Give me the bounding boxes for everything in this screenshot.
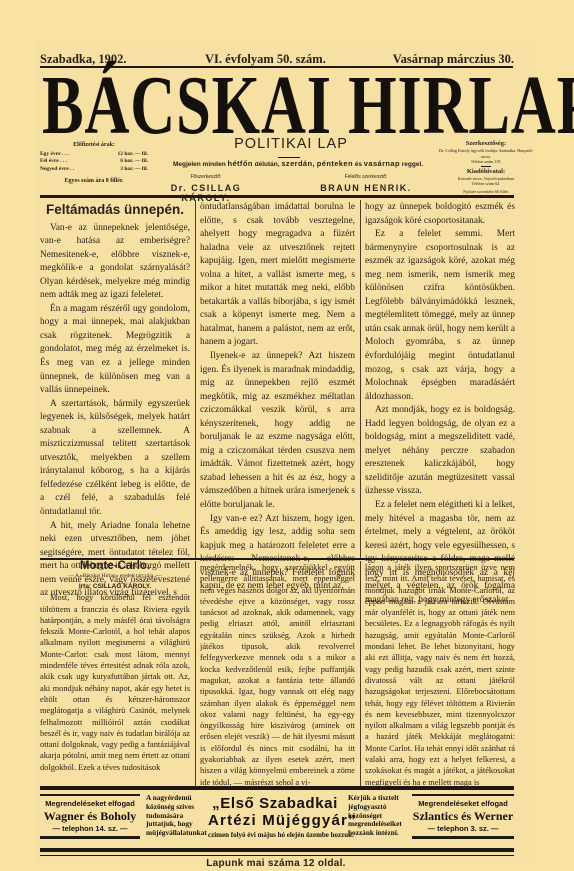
article-subheading: — A »Bácskai Hirlap« eredeti tárczája. — — [40, 572, 190, 581]
ad-wagner-boholy: Megrendeléseket elfogad Wagner és Boholy… — [40, 794, 140, 839]
column-divider — [360, 561, 361, 786]
ad-szlantics-werner: Megrendeléseket elfogad Szlantics és Wer… — [412, 794, 514, 839]
single-copy-price: Egyes szám ára 8 fillér. — [40, 178, 148, 186]
article-monte-carlo-col1: Monte-Carlo. — A »Bácskai Hirlap« eredet… — [40, 561, 190, 773]
article-monte-carlo-col2: megérdemelnék, hogy szerzőjükkel együtt … — [200, 562, 355, 788]
column-divider — [360, 200, 361, 558]
subscription-prices: Előfizetési árak: Egy évre . . .12 kor. … — [40, 142, 148, 186]
article-headline: Feltámadás ünnepén. — [40, 203, 190, 217]
publication-schedule: Megjelen minden hétfőn délután, szerdán,… — [148, 159, 448, 168]
price-row: Egy évre . . .12 kor. — fil. — [40, 151, 148, 159]
ads-bottom-rule — [40, 848, 514, 852]
article-monte-carlo-col3: lágon a játék ilyen sportszerüen üzve ne… — [365, 562, 515, 788]
article-headline: Monte-Carlo. — [40, 561, 190, 572]
masthead-bottom-rule — [40, 195, 514, 198]
footer-page-count: Lapunk mai száma 12 oldal. — [36, 858, 516, 869]
masthead-title: BÁCSKAI HIRLAP — [42, 72, 510, 139]
subtitle-rule — [278, 157, 300, 158]
price-row: Fél évre . . .6 kor. — fil. — [40, 158, 148, 166]
ad-artesian-ice-factory: „Első Szabadkai Artézi Müjéggyár” czimen… — [208, 795, 342, 839]
ads-top-rule — [40, 786, 514, 790]
ad-ice-announcement: A nagyérdemü közönség szives tudomására … — [146, 794, 204, 838]
article-feltamadas-col1: Feltámadás ünnepén. Van-e az ünnepeknek … — [40, 200, 190, 601]
office-info: Szerkesztőség: Dr. Csillag Károly ügyvéd… — [436, 140, 536, 194]
masthead-subtitle: POLITIKAI LAP — [216, 136, 366, 152]
article-byline: Irta: CSILLAG KÁROLY. — [40, 581, 190, 592]
article-feltamadas-col2: öntudatlanságában imádattal borulna le e… — [200, 201, 355, 594]
column-divider — [195, 200, 196, 558]
responsible-editor: Felelős szerkesztő: BRAUN HENRIK. — [306, 174, 426, 193]
chief-editor: Főszerkesztő: Dr. CSILLAG KÁROLY. — [146, 174, 266, 203]
column-divider — [195, 561, 196, 786]
price-row: Negyed évre . .3 kor. — fil. — [40, 166, 148, 174]
article-feltamadas-col3: hogy az ünnepek boldogitó eszmék és igaz… — [365, 201, 515, 607]
footer-rule — [40, 855, 514, 856]
ad-order-request: Kérjük a tisztelt jégfogyasztó közönsége… — [348, 794, 406, 838]
prices-heading: Előfizetési árak: — [40, 142, 148, 150]
newspaper-page: Szabadka, 1902. VI. évfolyam 50. szám. V… — [36, 40, 536, 865]
